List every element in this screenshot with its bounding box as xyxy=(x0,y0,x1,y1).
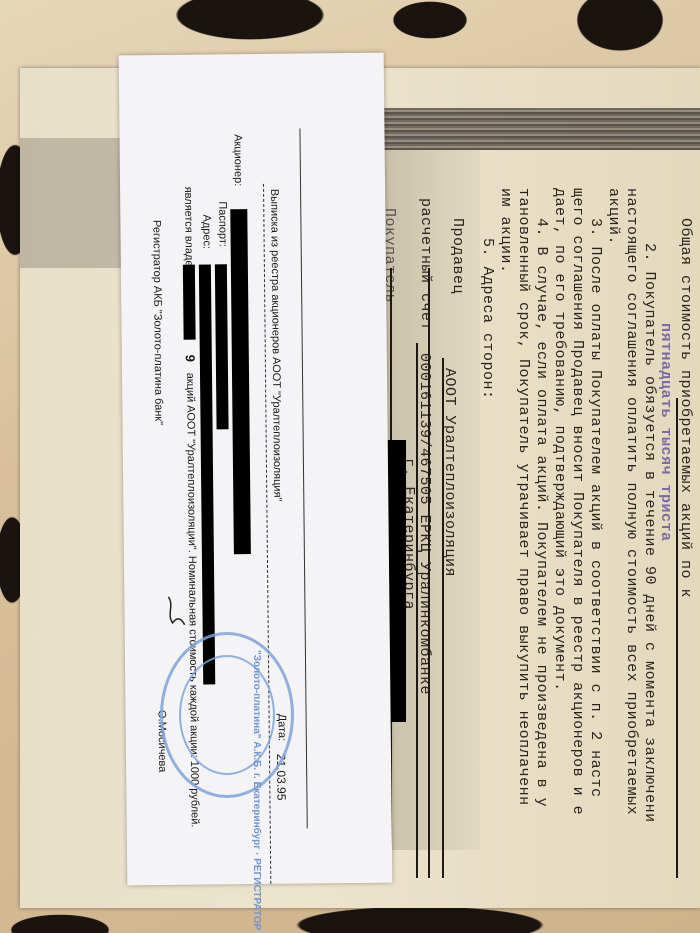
redaction-address xyxy=(199,264,215,684)
contract-line: Общая стоимость приобретаемых акций по к xyxy=(677,218,694,598)
contract-line: 4. В случае, если оплата акций. Покупате… xyxy=(533,218,550,807)
registrar-name: Регистратор АКБ "Золото-платина банк" xyxy=(150,220,164,425)
contract-line: дает, по его требованию, подтверждающий … xyxy=(551,188,568,692)
passport-label: Паспорт: xyxy=(216,201,228,247)
contract-line: 3. После оплаты Покупателем акций в соот… xyxy=(587,218,604,798)
contract-line: тановленный срок, Покупатель утрачивает … xyxy=(515,188,532,806)
redaction-owner xyxy=(183,265,196,340)
contract-line: настоящего соглашения оплатить полную ст… xyxy=(623,188,640,815)
account-rule-a xyxy=(428,268,430,878)
slip-rule xyxy=(299,129,307,829)
slip-title: Выписка из реестра акционеров АООТ "Урал… xyxy=(268,189,283,502)
contract-line: акций. xyxy=(605,188,622,245)
account-label: расчетный счет xyxy=(417,198,434,331)
contract-line: 5. Адреса сторон: xyxy=(479,238,496,400)
amount-rule xyxy=(676,398,678,878)
redaction-shareholder xyxy=(230,209,251,554)
toner-smudge xyxy=(360,108,700,150)
address-label: Адрес: xyxy=(200,214,212,249)
edge-shadow xyxy=(20,138,130,268)
seller-label: Продавец xyxy=(449,218,466,294)
share-count: 9 xyxy=(183,355,198,362)
seller-rule xyxy=(442,358,444,878)
account-value: 000161139/467505 ЕРКЦ Уралинкомбанке xyxy=(416,353,433,695)
redaction-passport xyxy=(215,264,229,429)
contract-line: щего соглашения Продавец вносит Покупате… xyxy=(569,188,586,815)
signature-mark xyxy=(164,595,186,627)
account-rule-b xyxy=(416,343,418,878)
shareholder-label: Акционер: xyxy=(231,134,244,186)
registrar-stamp xyxy=(160,632,294,798)
contract-line: 2. Покупатель обязуется в течение 90 дне… xyxy=(641,243,658,823)
contract-line: им акции. xyxy=(497,188,514,274)
stamp-text: "Золото-платина" А.К.Б. г. Екатеринбург … xyxy=(251,650,262,930)
handwritten-amount: пятнадцать тысяч триста xyxy=(657,323,674,542)
